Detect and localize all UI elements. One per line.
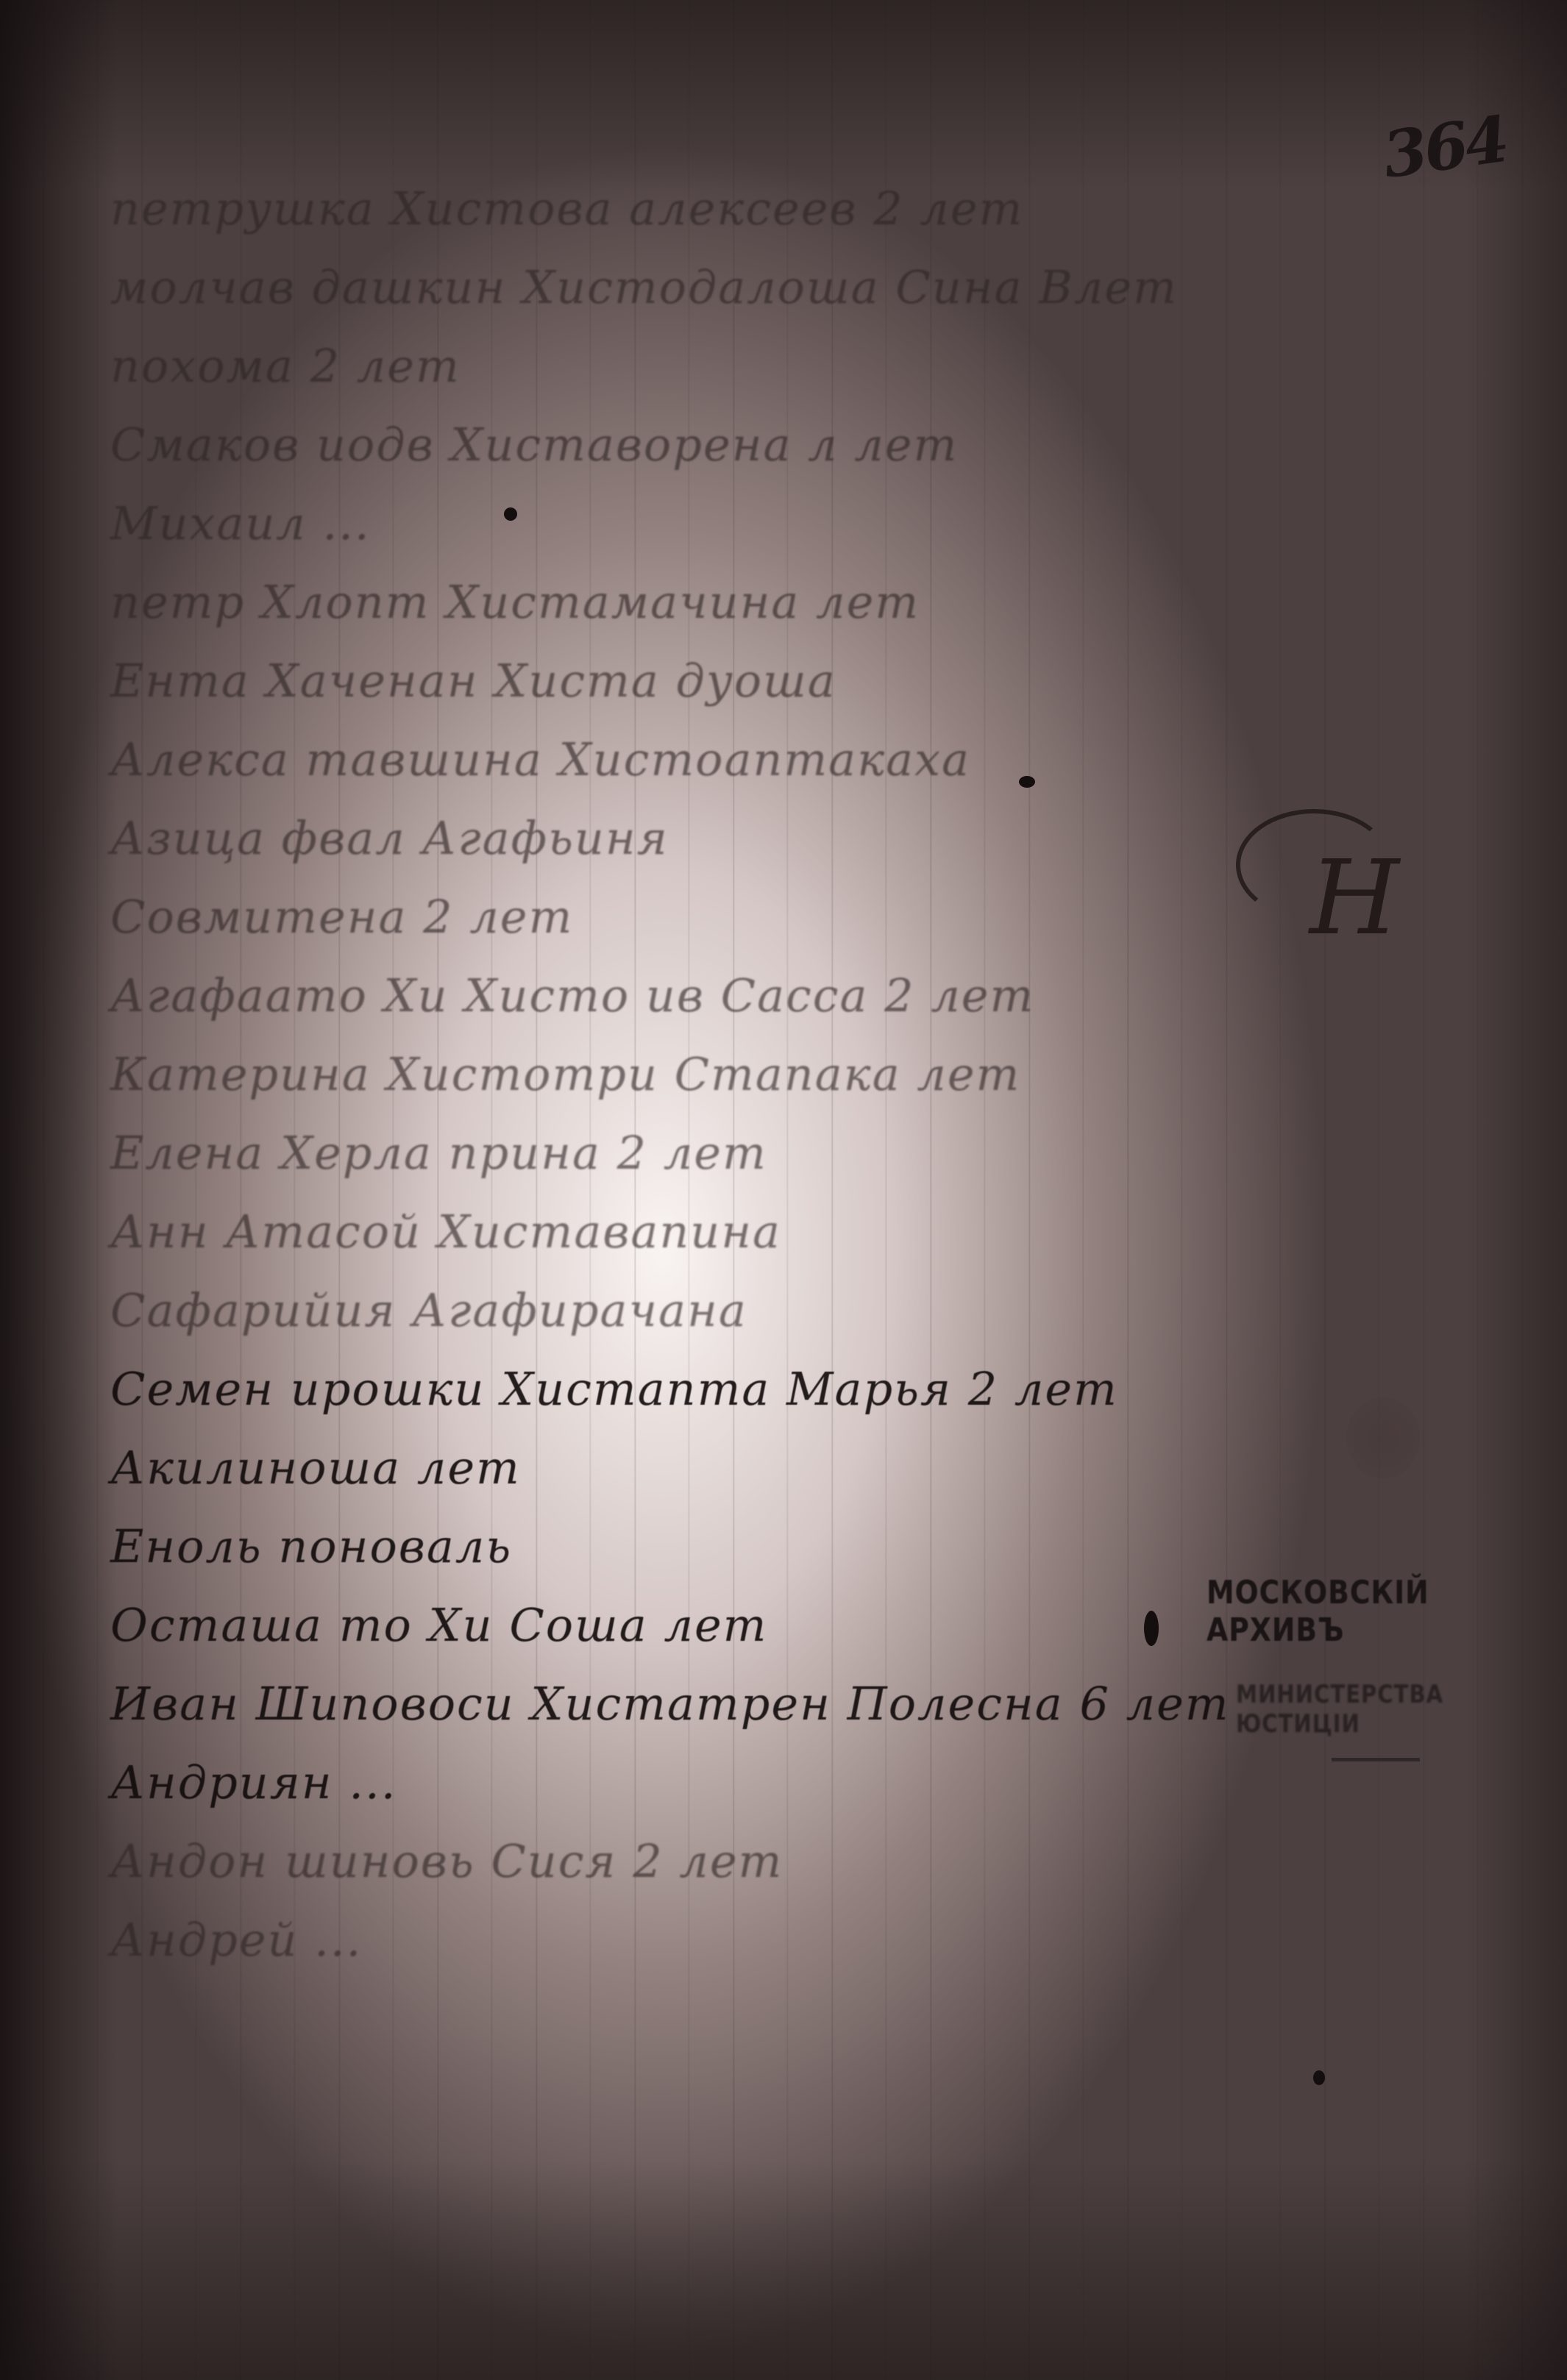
archive-stamp: МОСКОВСКІЙ АРХИВЪ МИНИСТЕРСТВА ЮСТИЦІИ [1207, 1574, 1501, 1761]
manuscript-line: молчав дашкин Хистодалоша Сина Влет [110, 248, 1258, 327]
manuscript-line: Андрей ... [110, 1900, 1258, 1979]
manuscript-line: Еноль поноваль [110, 1507, 1258, 1586]
manuscript-line: Совмитена 2 лет [110, 877, 1258, 956]
manuscript-page: 364 петрушка Хистова алексеев 2 летмолча… [0, 0, 1567, 2380]
stamp-line-1: МОСКОВСКІЙ АРХИВЪ [1207, 1574, 1460, 1649]
stamp-rule [1332, 1758, 1420, 1761]
manuscript-lines: петрушка Хистова алексеев 2 летмолчав да… [110, 169, 1258, 1979]
marginal-mark: Н [1221, 794, 1442, 986]
manuscript-line: Акилиноша лет [110, 1428, 1258, 1507]
faint-seal-mark [1346, 1397, 1420, 1478]
marginal-letter: Н [1310, 838, 1399, 958]
manuscript-line: Ента Хаченан Хиста дуоша [110, 641, 1258, 720]
manuscript-line: Андриян ... [110, 1743, 1258, 1822]
folio-number: 364 [1379, 102, 1511, 193]
manuscript-line: Анн Атасой Хиставапина [110, 1192, 1258, 1271]
manuscript-line: петр Хлопт Хистамачина лет [110, 563, 1258, 641]
ink-blot [1313, 2070, 1325, 2085]
manuscript-line: петрушка Хистова алексеев 2 лет [110, 169, 1258, 248]
manuscript-line: Михаил ... [110, 484, 1258, 563]
manuscript-line: Иван Шиповоси Хистатрен Полесна 6 лет [110, 1664, 1258, 1743]
ink-blot [1144, 1611, 1159, 1646]
manuscript-line: Семен ирошки Хистапта Марья 2 лет [110, 1350, 1258, 1428]
manuscript-line: Катерина Хистотри Стапака лет [110, 1035, 1258, 1114]
manuscript-line: Сафарийия Агафирачана [110, 1271, 1258, 1350]
manuscript-line: Азица фвал Агафьиня [110, 799, 1258, 877]
stamp-line-2: МИНИСТЕРСТВА ЮСТИЦІИ [1236, 1680, 1464, 1739]
ink-blot [504, 507, 517, 521]
manuscript-line: Агафаато Хи Хисто ив Сасса 2 лет [110, 956, 1258, 1035]
manuscript-line: Андон шиновь Сися 2 лет [110, 1822, 1258, 1900]
manuscript-line: Алекса тавшина Хистоаптакаха [110, 720, 1258, 799]
manuscript-line: Смаков иодв Хиставорена л лет [110, 405, 1258, 484]
manuscript-line: Осташа то Хи Соша лет [110, 1586, 1258, 1664]
manuscript-line: Елена Херла прина 2 лет [110, 1114, 1258, 1192]
manuscript-line: похома 2 лет [110, 327, 1258, 405]
ink-blot [1019, 776, 1035, 788]
